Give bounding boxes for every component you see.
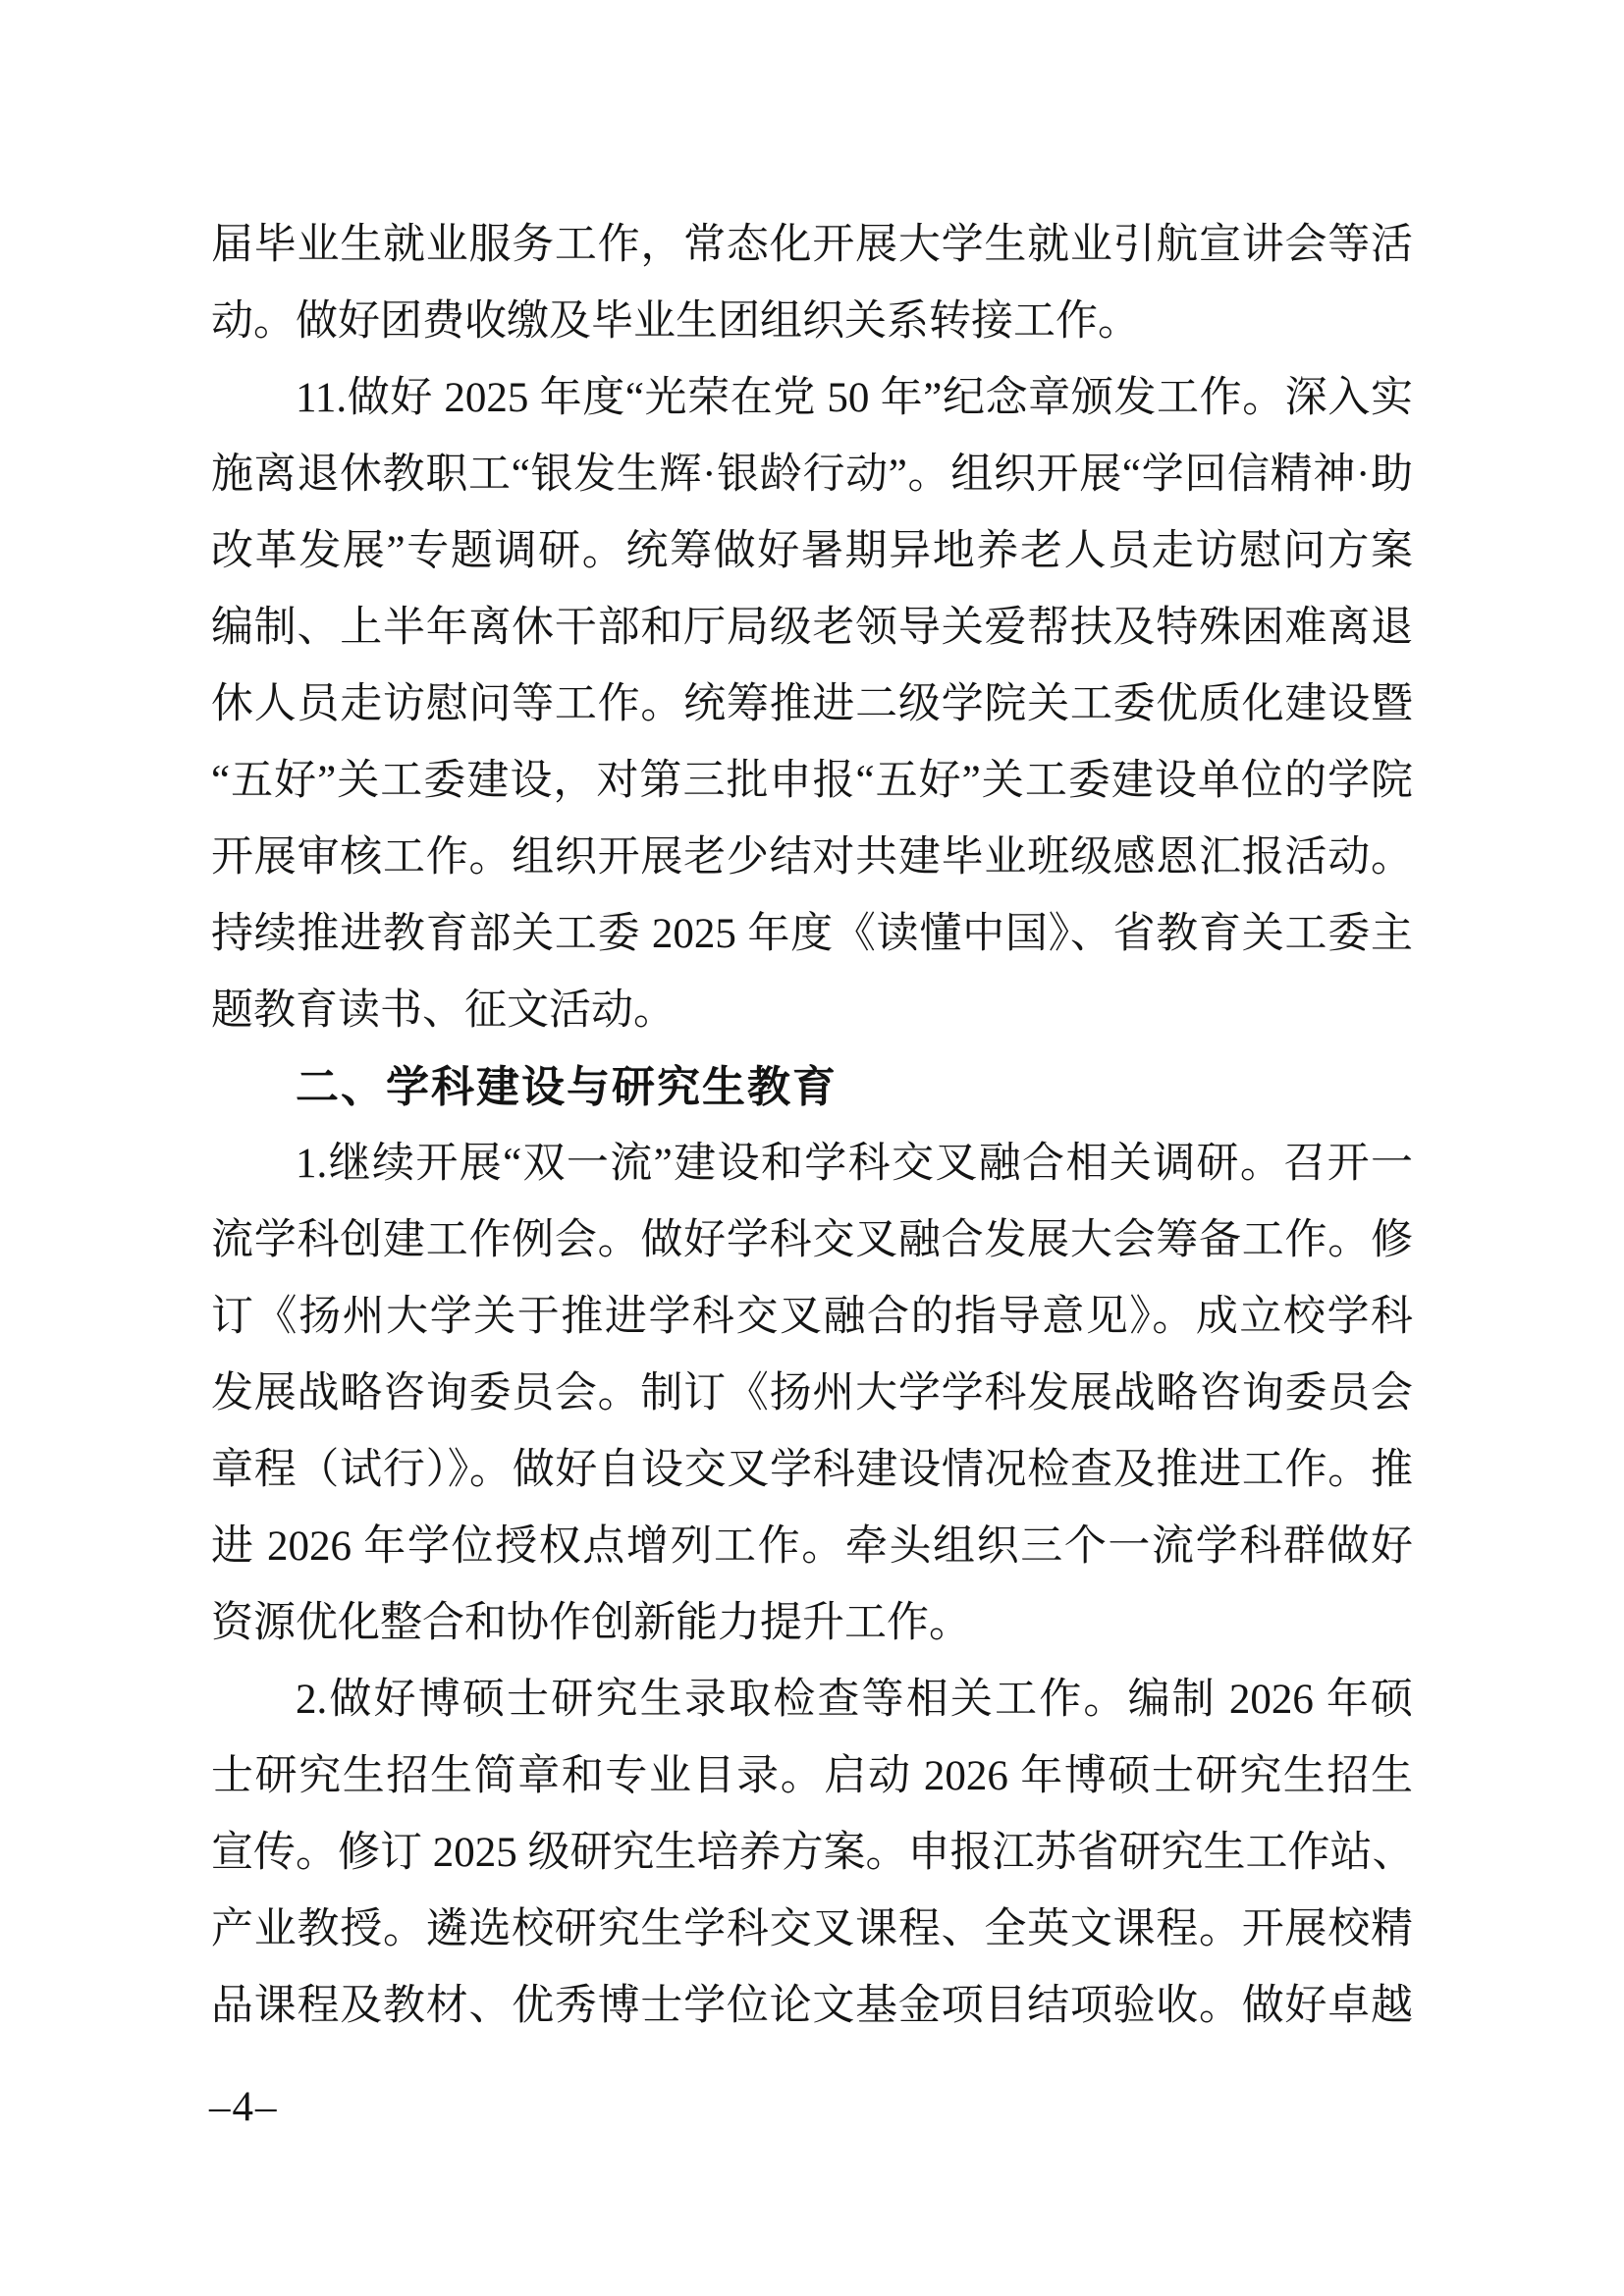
body-line: 进 2026 年学位授权点增列工作。牵头组织三个一流学科群做好 [211, 1509, 1413, 1585]
body-line: 2.做好博硕士研究生录取检查等相关工作。编制 2026 年硕 [211, 1662, 1413, 1738]
body-line: 题教育读书、征文活动。 [211, 973, 1413, 1049]
body-line: “五好”关工委建设，对第三批申报“五好”关工委建设单位的学院 [211, 743, 1413, 820]
body-line: 章程（试行）》。做好自设交叉学科建设情况检查及推进工作。推 [211, 1432, 1413, 1509]
body-line: 士研究生招生简章和专业目录。启动 2026 年博硕士研究生招生 [211, 1738, 1413, 1815]
body-line: 改革发展”专题调研。统筹做好暑期异地养老人员走访慰问方案 [211, 513, 1413, 590]
body-line: 11.做好 2025 年度“光荣在党 50 年”纪念章颁发工作。深入实 [211, 360, 1413, 437]
body-line: 订《扬州大学关于推进学科交叉融合的指导意见》。成立校学科 [211, 1279, 1413, 1356]
body-line: 届毕业生就业服务工作，常态化开展大学生就业引航宣讲会等活 [211, 207, 1413, 284]
body-line: 休人员走访慰问等工作。统筹推进二级学院关工委优质化建设暨 [211, 667, 1413, 743]
body-line: 品课程及教材、优秀博士学位论文基金项目结项验收。做好卓越 [211, 1968, 1413, 2045]
body-line: 开展审核工作。组织开展老少结对共建毕业班级感恩汇报活动。 [211, 820, 1413, 896]
document-body: 届毕业生就业服务工作，常态化开展大学生就业引航宣讲会等活 动。做好团费收缴及毕业… [211, 207, 1413, 2045]
section-heading: 二、学科建设与研究生教育 [211, 1049, 1413, 1126]
body-line: 动。做好团费收缴及毕业生团组织关系转接工作。 [211, 284, 1413, 360]
body-line: 资源优化整合和协作创新能力提升工作。 [211, 1585, 1413, 1662]
body-line: 施离退休教职工“银发生辉·银龄行动”。组织开展“学回信精神·助 [211, 437, 1413, 513]
body-line: 1.继续开展“双一流”建设和学科交叉融合相关调研。召开一 [211, 1126, 1413, 1202]
body-line: 持续推进教育部关工委 2025 年度《读懂中国》、省教育关工委主 [211, 896, 1413, 973]
page-number: –4– [209, 2083, 279, 2131]
body-line: 产业教授。遴选校研究生学科交叉课程、全英文课程。开展校精 [211, 1892, 1413, 1968]
body-line: 编制、上半年离休干部和厅局级老领导关爱帮扶及特殊困难离退 [211, 590, 1413, 667]
document-page: 届毕业生就业服务工作，常态化开展大学生就业引航宣讲会等活 动。做好团费收缴及毕业… [0, 0, 1624, 2296]
body-line: 流学科创建工作例会。做好学科交叉融合发展大会筹备工作。修 [211, 1202, 1413, 1279]
body-line: 宣传。修订 2025 级研究生培养方案。申报江苏省研究生工作站、 [211, 1815, 1413, 1892]
body-line: 发展战略咨询委员会。制订《扬州大学学科发展战略咨询委员会 [211, 1356, 1413, 1432]
